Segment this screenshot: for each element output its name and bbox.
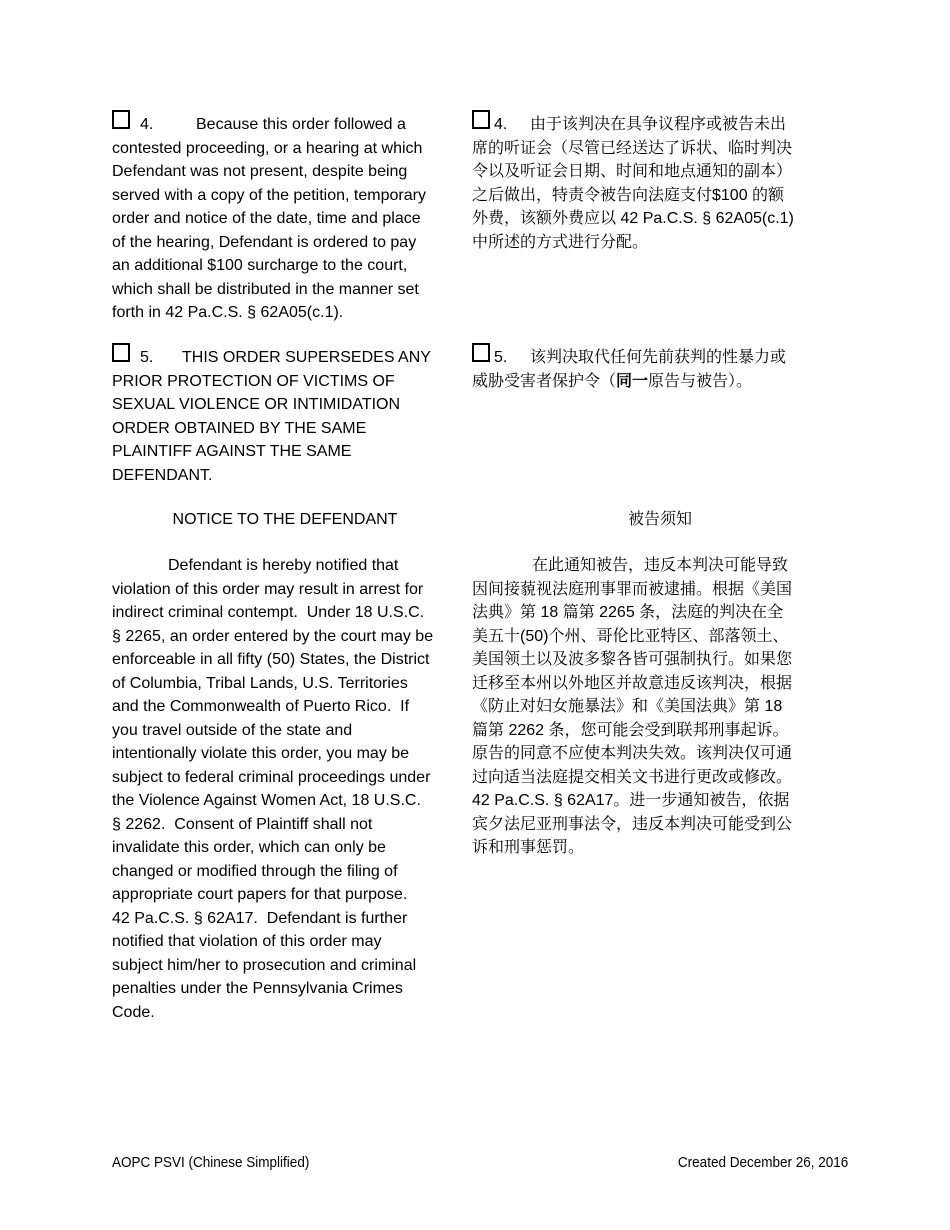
footer-form-name: AOPC PSVI (Chinese Simplified) (112, 1154, 309, 1172)
item-5-text-zh-after: 原告与被告）。 (648, 373, 752, 390)
footer-created-date: Created December 26, 2016 (678, 1154, 848, 1172)
item-4-number-zh: 4. (494, 113, 530, 137)
item-4-text-en: Because this order followed a contested … (112, 116, 426, 321)
item-5-checkbox-en[interactable] (112, 343, 130, 362)
item-5-number-zh: 5. (494, 346, 530, 370)
item-5-paragraph-en: 5.THIS ORDER SUPERSEDES ANY PRIOR PROTEC… (112, 343, 468, 487)
notice-body-zh: 在此通知被告，违反本判决可能导致 因间接藐视法庭刑事罪而被逮捕。根据《美国 法典… (472, 554, 872, 860)
item-5-paragraph-zh: 5.该判决取代任何先前获判的性暴力或 威胁受害者保护令（同一原告与被告）。 (472, 343, 872, 393)
item-4-checkbox-zh[interactable] (472, 110, 490, 129)
order-item-5-row: 5.THIS ORDER SUPERSEDES ANY PRIOR PROTEC… (112, 343, 872, 487)
notice-body-row: Defendant is hereby notified that violat… (112, 554, 872, 1024)
item-4-paragraph-zh: 4.由于该判决在具争议程序或被告未出 席的听证会（尽管已经送达了诉状、临时判决 … (472, 110, 872, 254)
item-4-paragraph-en: 4.Because this order followed a conteste… (112, 110, 468, 325)
notice-heading-en: NOTICE TO THE DEFENDANT (112, 508, 458, 532)
notice-headings-row: NOTICE TO THE DEFENDANT 被告须知 (112, 508, 848, 532)
court-order-page: 4.Because this order followed a conteste… (0, 0, 950, 1230)
page-footer: AOPC PSVI (Chinese Simplified) Created D… (112, 1154, 848, 1172)
item-4-number-en: 4. (140, 113, 196, 137)
item-4-checkbox-en[interactable] (112, 110, 130, 129)
item-5-number-en: 5. (140, 346, 182, 370)
item-5-checkbox-zh[interactable] (472, 343, 490, 362)
order-item-4-row: 4.Because this order followed a conteste… (112, 110, 872, 325)
item-5-text-zh-emphasis: 同一 (616, 373, 648, 390)
notice-body-en: Defendant is hereby notified that violat… (112, 554, 468, 1024)
item-4-text-zh: 由于该判决在具争议程序或被告未出 席的听证会（尽管已经送达了诉状、临时判决 令以… (472, 116, 794, 251)
notice-heading-zh: 被告须知 (472, 508, 848, 532)
item-5-text-en: THIS ORDER SUPERSEDES ANY PRIOR PROTECTI… (112, 349, 431, 484)
